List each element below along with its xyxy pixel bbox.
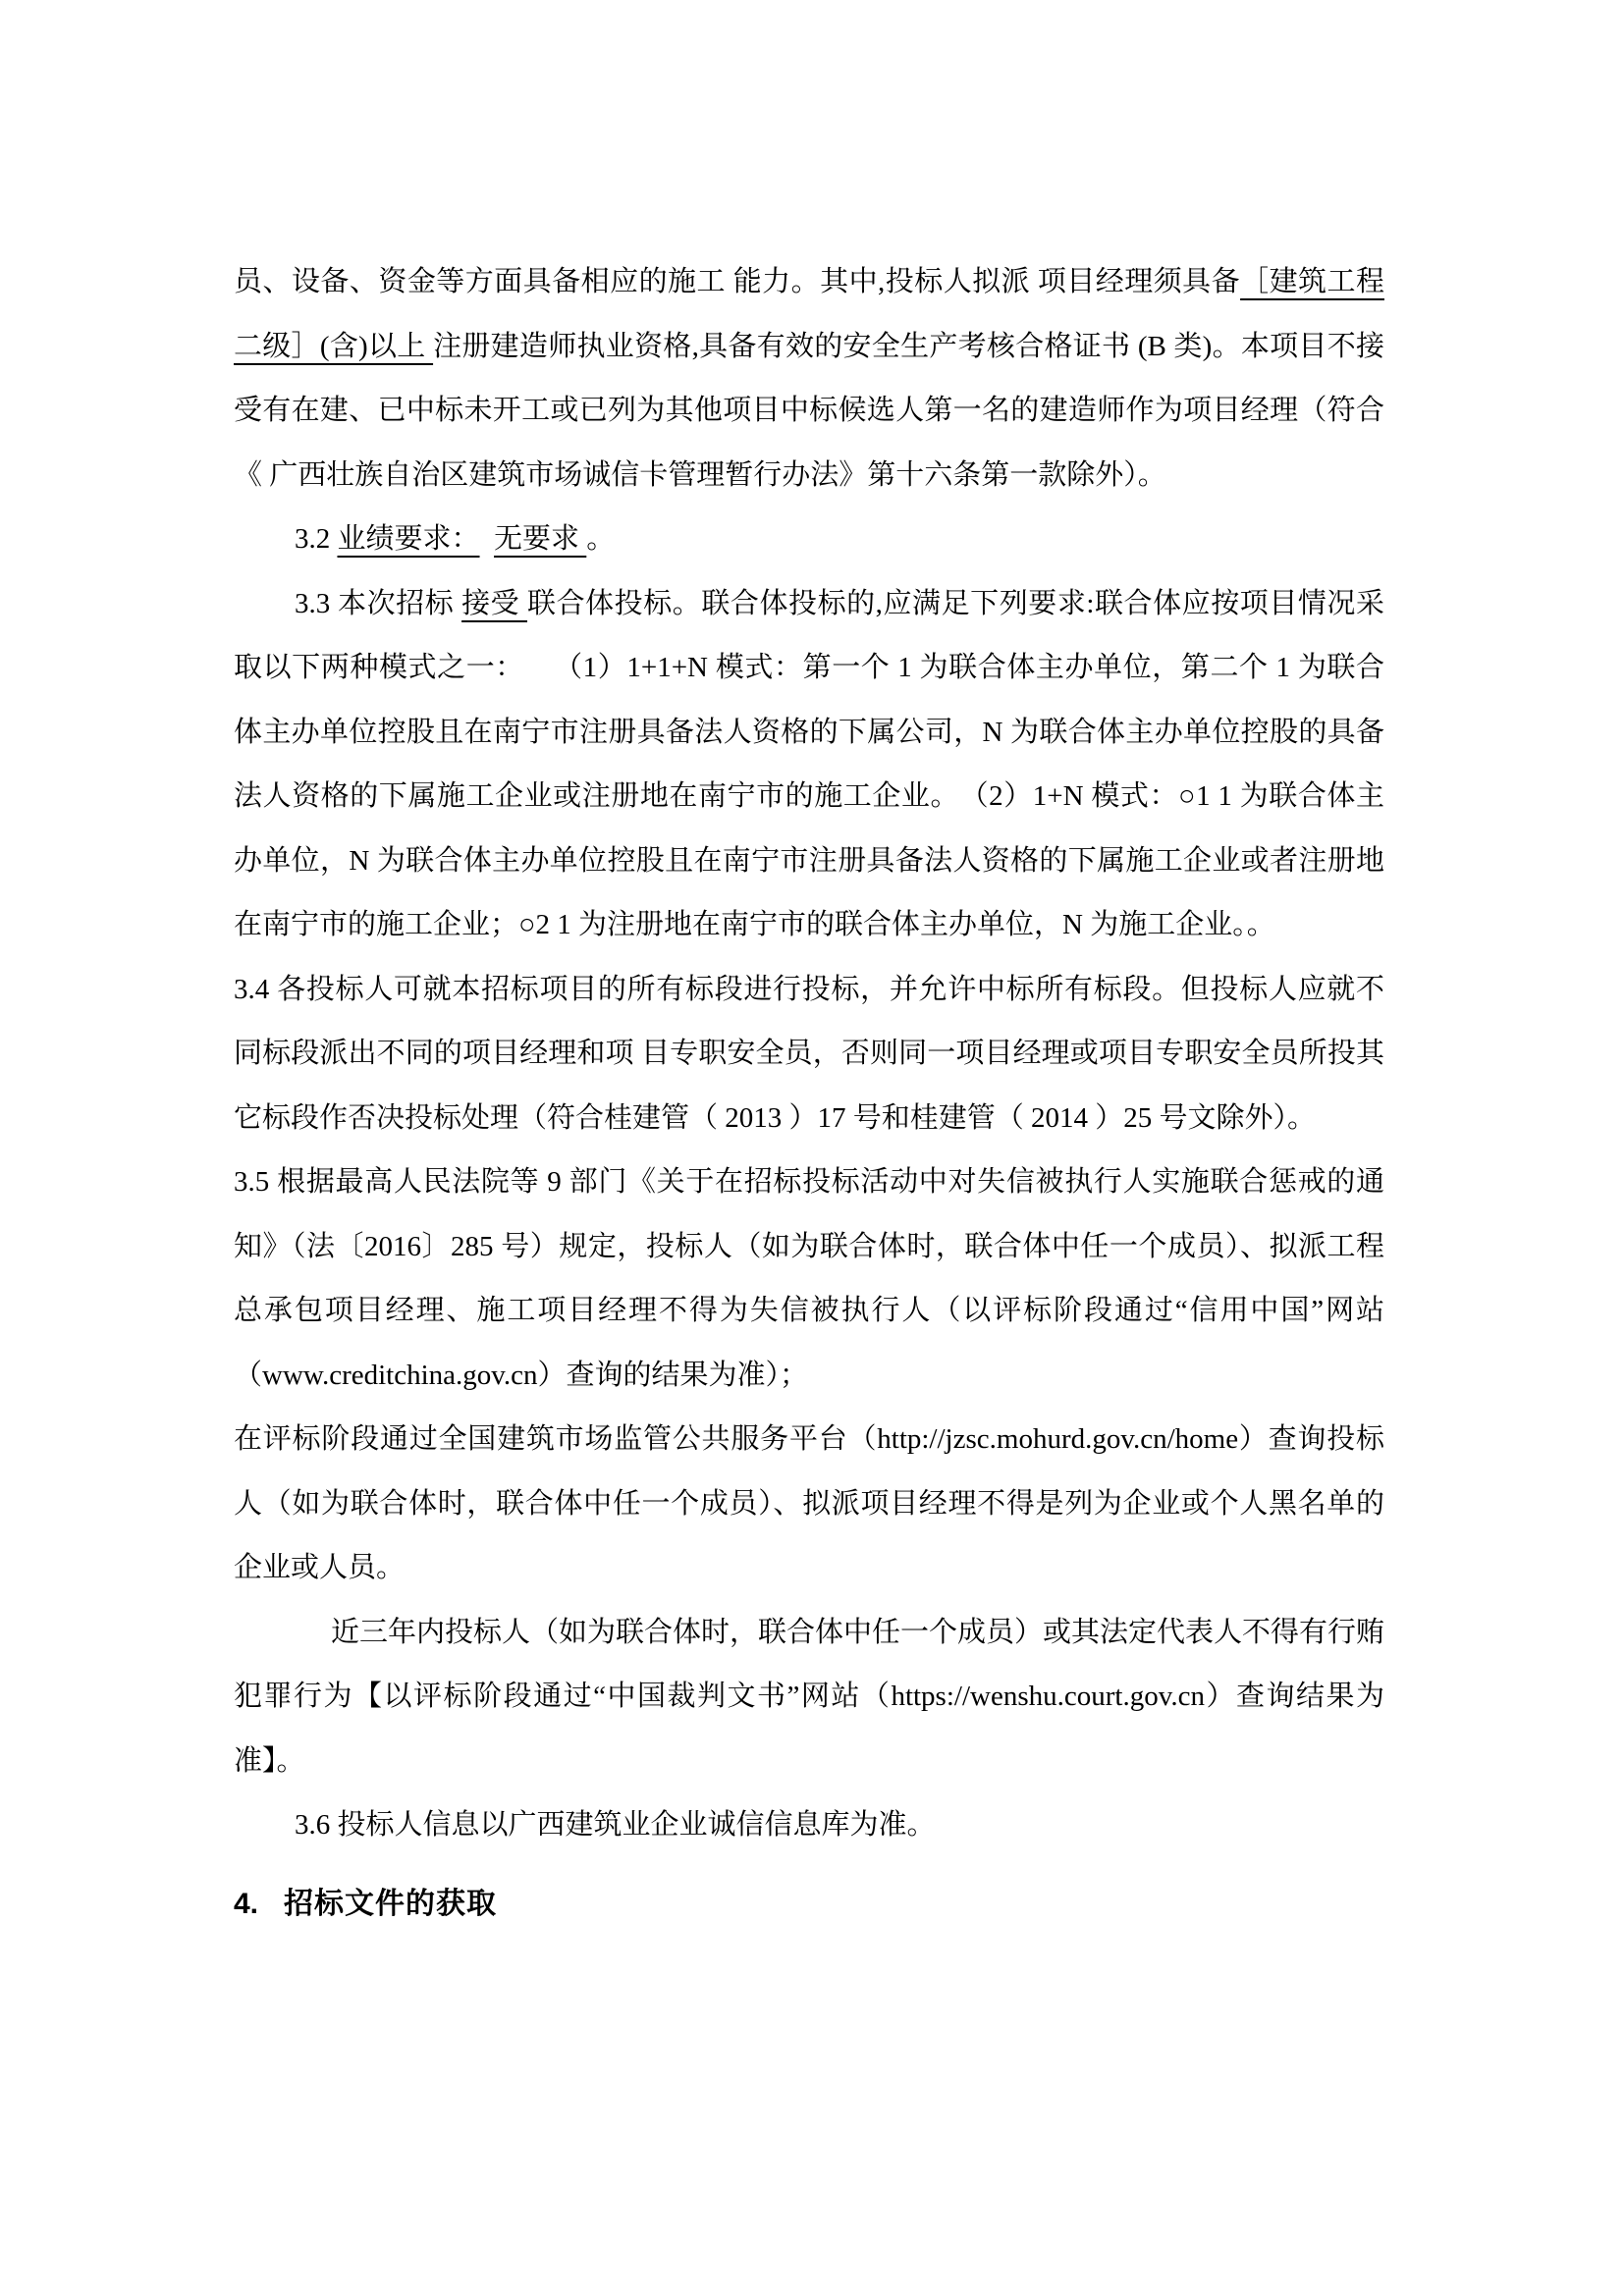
para-3-1-continuation: 员、设备、资金等方面具备相应的施工 能力。其中,投标人拟派 项目经理须具备［建筑…	[234, 250, 1384, 507]
text-run	[480, 523, 495, 555]
document-page: 员、设备、资金等方面具备相应的施工 能力。其中,投标人拟派 项目经理须具备［建筑…	[0, 0, 1624, 2296]
text-run: 在评标阶段通过全国建筑市场监管公共服务平台（http://jzsc.mohurd…	[234, 1423, 1384, 1583]
underlined-text: 接受	[461, 588, 527, 619]
para-3-5: 3.5 根据最高人民法院等 9 部门《关于在招标投标活动中对失信被执行人实施联合…	[234, 1150, 1384, 1408]
underlined-text: 无要求	[494, 523, 586, 555]
document-body: 员、设备、资金等方面具备相应的施工 能力。其中,投标人拟派 项目经理须具备［建筑…	[234, 250, 1384, 1936]
section-4-number: 4.	[234, 1888, 258, 1920]
para-3-2: 3.2 业绩要求： 无要求 。	[234, 507, 1384, 572]
para-3-4: 3.4 各投标人可就本招标项目的所有标段进行投标，并允许中标所有标段。但投标人应…	[234, 958, 1384, 1151]
section-4-title: 招标文件的获取	[284, 1888, 497, 1920]
text-run: 3.6 投标人信息以广西建筑业企业诚信信息库为准。	[295, 1809, 936, 1841]
para-3-6: 3.6 投标人信息以广西建筑业企业诚信信息库为准。	[234, 1793, 1384, 1858]
text-run: 。	[586, 523, 615, 555]
underlined-text: 业绩要求：	[338, 523, 480, 555]
section-4-heading: 4.招标文件的获取	[234, 1872, 1384, 1937]
text-run: 3.5 根据最高人民法院等 9 部门《关于在招标投标活动中对失信被执行人实施联合…	[234, 1166, 1384, 1391]
text-run: 3.4 各投标人可就本招标项目的所有标段进行投标，并允许中标所有标段。但投标人应…	[234, 974, 1384, 1134]
text-run: 近三年内投标人（如为联合体时，联合体中任一个成员）或其法定代表人不得有行贿犯罪行…	[234, 1617, 1384, 1777]
text-run: 员、设备、资金等方面具备相应的施工 能力。其中,投标人拟派 项目经理须具备	[234, 266, 1240, 297]
text-run: 3.3 本次招标	[295, 588, 461, 619]
para-bribery: 近三年内投标人（如为联合体时，联合体中任一个成员）或其法定代表人不得有行贿犯罪行…	[234, 1601, 1384, 1794]
para-3-3: 3.3 本次招标 接受 联合体投标。联合体投标的,应满足下列要求:联合体应按项目…	[234, 572, 1384, 958]
para-blacklist: 在评标阶段通过全国建筑市场监管公共服务平台（http://jzsc.mohurd…	[234, 1408, 1384, 1601]
text-run: 3.2	[295, 523, 338, 555]
paragraph-list: 员、设备、资金等方面具备相应的施工 能力。其中,投标人拟派 项目经理须具备［建筑…	[234, 250, 1384, 1858]
text-run: 联合体投标。联合体投标的,应满足下列要求:联合体应按项目情况采取以下两种模式之一…	[234, 588, 1384, 941]
